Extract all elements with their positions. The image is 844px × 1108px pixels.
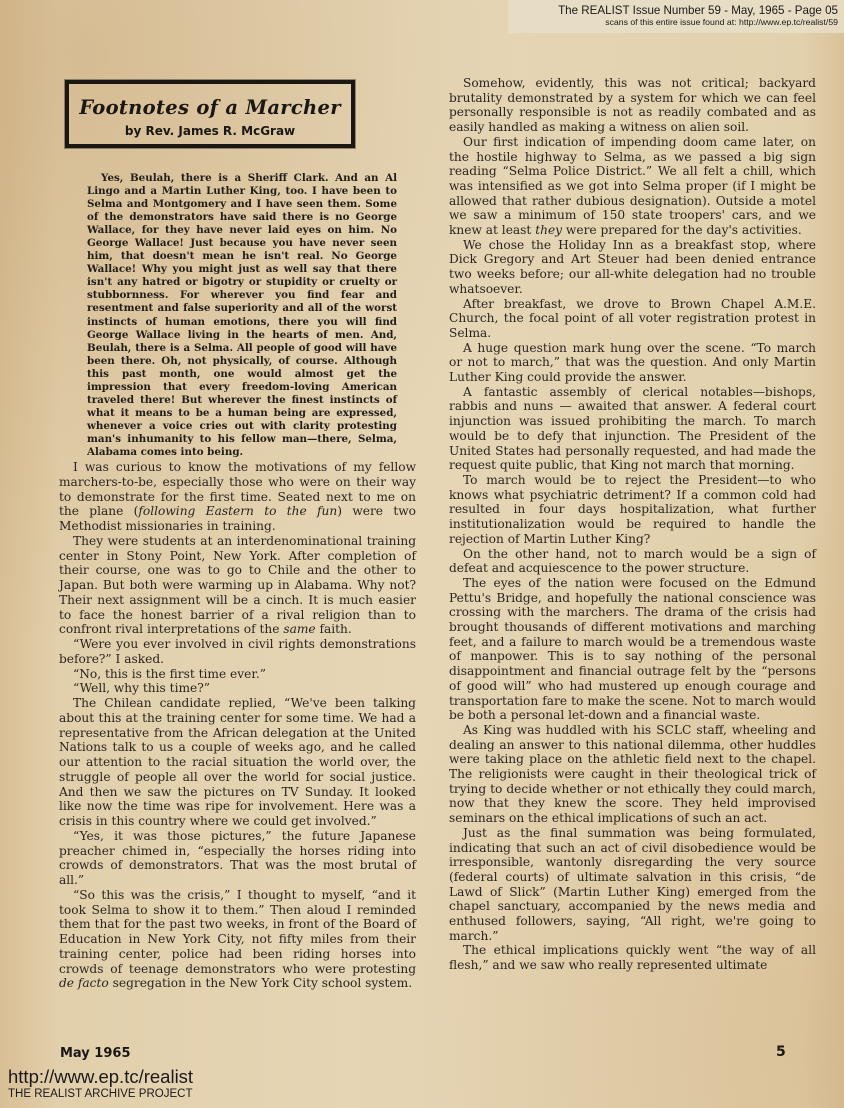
italic-emphasis: de facto xyxy=(59,976,109,990)
italic-emphasis: following Eastern to the fun xyxy=(138,504,337,518)
scans-line: scans of this entire issue found at: htt… xyxy=(508,17,838,28)
intro-paragraph: Yes, Beulah, there is a Sheriff Clark. A… xyxy=(87,172,397,459)
italic-emphasis: they xyxy=(535,223,562,237)
body-paragraph: Just as the final summation was being fo… xyxy=(449,826,816,944)
body-paragraph: We chose the Holiday Inn as a breakfast … xyxy=(449,238,816,297)
paragraph-text: They were students at an interdenominati… xyxy=(59,534,416,637)
paragraph-text: On the other hand, not to march would be… xyxy=(449,547,816,576)
body-paragraph: The eyes of the nation were focused on t… xyxy=(449,576,816,723)
body-paragraph: The ethical implications quickly went “t… xyxy=(449,943,816,972)
body-paragraph: A huge question mark hung over the scene… xyxy=(449,341,816,385)
body-paragraph: “No, this is the first time ever.” xyxy=(59,667,416,682)
paragraph-text: A fantastic assembly of clerical notable… xyxy=(449,385,816,473)
paragraph-text: “So this was the crisis,” I thought to m… xyxy=(59,888,416,976)
paragraph-text: Somehow, evidently, this was not critica… xyxy=(449,76,816,134)
italic-emphasis: same xyxy=(283,622,315,636)
body-paragraph: After breakfast, we drove to Brown Chape… xyxy=(449,297,816,341)
body-paragraph: The Chilean candidate replied, “We've be… xyxy=(59,696,416,829)
article-intro: Yes, Beulah, there is a Sheriff Clark. A… xyxy=(87,172,397,459)
article-title-box: Footnotes of a Marcher by Rev. James R. … xyxy=(65,80,355,148)
archive-project-name: THE REALIST ARCHIVE PROJECT xyxy=(8,1088,192,1100)
left-column: I was curious to know the motivations of… xyxy=(59,460,416,991)
paragraph-text: After breakfast, we drove to Brown Chape… xyxy=(449,297,816,340)
body-paragraph: “So this was the crisis,” I thought to m… xyxy=(59,888,416,991)
paragraph-text: segregation in the New York City school … xyxy=(109,976,412,990)
body-paragraph: As King was huddled with his SCLC staff,… xyxy=(449,723,816,826)
paragraph-text: A huge question mark hung over the scene… xyxy=(449,341,816,384)
body-paragraph: Our first indication of impending doom c… xyxy=(449,135,816,238)
body-paragraph: They were students at an interdenominati… xyxy=(59,534,416,637)
paragraph-text: were prepared for the day's activities. xyxy=(562,223,802,237)
body-paragraph: I was curious to know the motivations of… xyxy=(59,460,416,534)
paragraph-text: “Were you ever involved in civil rights … xyxy=(59,637,416,666)
paragraph-text: “Yes, it was those pictures,” the future… xyxy=(59,829,416,887)
body-paragraph: On the other hand, not to march would be… xyxy=(449,547,816,576)
paragraph-text: To march would be to reject the Presiden… xyxy=(449,473,816,546)
paragraph-text: As King was huddled with his SCLC staff,… xyxy=(449,723,816,825)
page-number: 5 xyxy=(776,1044,786,1060)
archive-header-stamp: The REALIST Issue Number 59 - May, 1965 … xyxy=(508,0,844,33)
body-paragraph: Somehow, evidently, this was not critica… xyxy=(449,76,816,135)
paragraph-text: The ethical implications quickly went “t… xyxy=(449,943,816,972)
body-paragraph: “Yes, it was those pictures,” the future… xyxy=(59,829,416,888)
article-byline: by Rev. James R. McGraw xyxy=(69,124,351,138)
paragraph-text: “Well, why this time?” xyxy=(73,681,210,695)
paragraph-text: The eyes of the nation were focused on t… xyxy=(449,576,816,722)
issue-line: The REALIST Issue Number 59 - May, 1965 … xyxy=(508,4,838,17)
paragraph-text: The Chilean candidate replied, “We've be… xyxy=(59,696,416,828)
article-title: Footnotes of a Marcher xyxy=(69,96,351,119)
body-paragraph: To march would be to reject the Presiden… xyxy=(449,473,816,547)
paragraph-text: “No, this is the first time ever.” xyxy=(73,667,266,681)
body-paragraph: A fantastic assembly of clerical notable… xyxy=(449,385,816,473)
archive-url-link[interactable]: http://www.ep.tc/realist xyxy=(8,1066,193,1088)
footer-date: May 1965 xyxy=(60,1046,131,1061)
paragraph-text: We chose the Holiday Inn as a breakfast … xyxy=(449,238,816,296)
paragraph-text: faith. xyxy=(316,622,352,636)
paragraph-text: Our first indication of impending doom c… xyxy=(449,135,816,237)
body-paragraph: “Were you ever involved in civil rights … xyxy=(59,637,416,667)
right-column: Somehow, evidently, this was not critica… xyxy=(449,76,816,973)
paragraph-text: Just as the final summation was being fo… xyxy=(449,826,816,943)
body-paragraph: “Well, why this time?” xyxy=(59,681,416,696)
